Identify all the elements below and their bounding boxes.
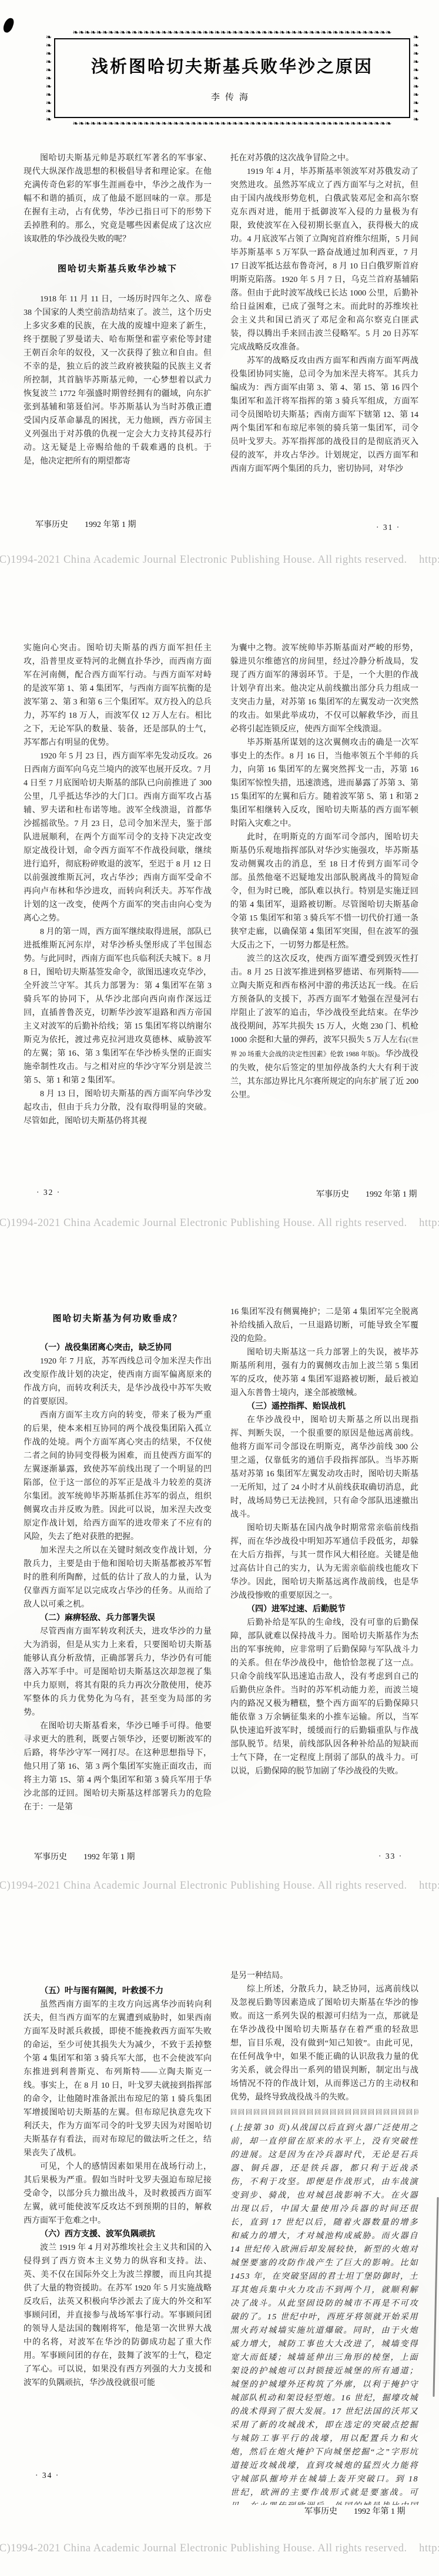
paragraph-continuation: 托在对苏俄的这次战争冒险之中。 [230,152,418,165]
paragraph: 在图哈切夫斯基看来，华沙已唾手可得。他要寻求更大的胜利，既要占领华沙，还要切断波… [24,1719,212,1814]
subsection-heading: （四）进军过速、后勤脱节 [230,1603,418,1616]
section-heading: 图哈切夫斯基兵败华沙城下 [24,263,212,276]
paragraph-continuation: 16 集团军没有侧翼掩护；二是第 4 集团军完全脱离补给线插入敌后，一旦退路切断… [230,1305,418,1346]
ornamental-border-right: ❧❧❧❧❧❧❧❧❧❧❧❧ [411,33,420,123]
paragraph: 图哈切夫斯基在国内战争时期常常亲临前线指挥，而在华沙战役中明知苏军通信手段低劣，… [230,1522,418,1603]
subsection-heading: （一）战役集团离心突击，缺乏协同 [24,1341,212,1355]
paragraph: 图哈切夫斯基元帅是苏联红军著名的军事家、现代大纵深作战思想的积极倡导者和理论家。… [24,152,212,246]
paragraph: 1920 年 5 月 23 日，西方面军率先发动反攻。26 日西南方面军向乌克兰… [24,750,212,925]
page-number: · 31 · [376,523,400,532]
title-box-inner-frame: 浅析图哈切夫斯基兵败华沙之原因 李传海 [54,38,410,118]
subsection-heading: （六）西方支援、波军负隅顽抗 [24,2228,212,2241]
watermark: (C)1994-2021 China Academic Journal Elec… [0,1217,439,1235]
paragraph: 苏军的战略反攻由西方面军和西南方面军两战役集团协同实施，总司令为加米涅夫将军。其… [230,354,418,476]
paragraph-continuation: 是另一种结局。 [230,1969,418,1983]
watermark: (C)1994-2021 China Academic Journal Elec… [0,1880,439,1897]
article-separator-ornament: 回回回回回回回回回回回回回回回回回回回回回回回回回回回 [230,2108,418,2117]
scan-ink-blob [2,16,15,33]
page-number: · 32 · [36,1188,61,1197]
paragraph: 尽管西南方面军转攻利沃夫，进攻华沙的力量大为消弱，但是从实力上来看，只要图哈切夫… [24,1625,212,1719]
paragraph: 后勤补给是军队的生命线，没有可靠的后勤保障，部队就难以保持战斗力。图哈切夫斯基作… [230,1616,418,1778]
page-number: · 33 · [378,1852,403,1861]
paragraph: 波兰 1919 年 4 月对苏维埃社会主义共和国的入侵得到了西方资本主义势力的纵… [24,2241,212,2390]
title-box: ❧❧❧❧❧❧❧❧❧❧❧❧❧❧❧❧❧❧❧❧❧❧❧❧❧❧❧❧❧❧❧❧❧❧❧❧❧❧❧❧… [44,28,420,128]
subsection-heading: （二）麻痹轻敌、兵力部署失误 [24,1611,212,1625]
page2-right-column: 为囊中之物。波军统帅毕苏斯基面对严峻的形势，躲进贝尔维德宫的房间里，经过冷静分析… [230,642,418,1185]
watermark: (C)1994-2021 China Academic Journal Elec… [0,554,439,572]
scan-edge-streak [433,2197,438,2397]
paragraph: 加米涅夫之所以在关键时刻改变作战计划，分散兵力，主要是由于他和图哈切夫斯基都被苏… [24,1544,212,1611]
page-number: · 34 · [35,2471,59,2480]
paragraph: 1920 年 7 月底，苏军西线总司令加米涅夫作出改变原作战计划的决定，使西南方… [24,1355,212,1409]
paragraph: 西南方面军主攻方向的转变，带来了极为严重的后果，使本来相互协同的两个战役集团陷入… [24,1409,212,1544]
article-author: 李传海 [211,90,253,103]
journal-footer: 军事历史 1992 年第 1 期 [35,518,136,530]
paragraph: 波兰的这次反攻，使西方面军遭受到毁灭性打击。8 月 25 日波军推进到格罗德诺、… [230,952,418,1102]
paragraph: 8 月的第一周，西方面军继续取得进展，部队已进抵维斯瓦河东岸，对华沙桥头堡形成了… [24,925,212,1087]
page4-right-column: 是另一种结局。 综上所述，分散兵力，缺乏协同，远离前线以及忽视后勤等因素造成了图… [230,1969,418,2505]
paragraph: 综上所述，分散兵力，缺乏协同，远离前线以及忽视后勤等因素造成了图哈切夫斯基在华沙… [230,1983,418,2104]
journal-footer: 军事历史 1992 年第 1 期 [34,1850,135,1862]
paragraph: 毕苏斯基所谋划的这次翼侧攻击的确是一次军事史上的杰作。8 月 16 日，当他率领… [230,736,418,831]
journal-footer: 军事历史 1992 年第 1 期 [316,1188,417,1200]
page2-left-column: 实施向心突击。图哈切夫斯基的西方面军担任主攻，沿普里皮亚特河的北侧直扑华沙，而西… [24,642,212,1185]
subsection-heading: （五）叶与图有隔阂，叶救援不力 [24,1984,212,1998]
page1-right-column: 托在对苏俄的这次战争冒险之中。 1919 年 4 月，毕苏斯基率领波军对苏俄发动… [230,152,418,530]
paragraph-continuation: 为囊中之物。波军统帅毕苏斯基面对严峻的形势，躲进贝尔维德宫的房间里，经过冷静分析… [230,642,418,736]
paragraph: 图哈切夫斯基这一兵力部署上的失误，被毕苏斯基所利用，强有力的翼侧攻击加上波兰第 … [230,1346,418,1400]
page4-left-column: （五）叶与图有隔阂，叶救援不力 虽然西南方面军的主攻方向远离华沙而转向利沃夫，但… [24,1969,212,2468]
paragraph: 虽然西南方面军的主攻方向远离华沙而转向利沃夫，但当西方面军的左翼遭到威胁时，如果… [24,1998,212,2160]
subsection-heading: （三）遥控指挥、贻误战机 [230,1400,418,1413]
scanned-journal-page: { "watermark": { "text": "(C)1994-2021 C… [0,0,439,2576]
journal-footer: 军事历史 1992 年第 1 期 [304,2505,406,2517]
paragraph: 可见，个人的感情因素如果用在战场行动上，其后果极为严重。假如当时叶戈罗夫强迫布琼… [24,2160,212,2228]
continued-article-text: (上接第 30 页)从战国以后直到火器广泛使用之前，却一直停留在原来的水平上，没… [230,2121,418,2505]
page3-left-column: 图哈切夫斯基为何功败垂成？ （一）战役集团离心突击，缺乏协同 1920 年 7 … [24,1305,212,1849]
watermark: (C)1994-2021 China Academic Journal Elec… [0,2543,439,2560]
paragraph: 1918 年 11 月 11 日，一场历时四年之久、席卷 38 个国家的人类空前… [24,293,212,468]
page3-right-column: 16 集团军没有侧翼掩护；二是第 4 集团军完全脱离补给线插入敌后，一旦退路切断… [230,1305,418,1849]
article-title: 浅析图哈切夫斯基兵败华沙之原因 [91,53,373,78]
ornamental-border-bottom: ❧❧❧❧❧❧❧❧❧❧❧❧❧❧❧❧❧❧❧❧❧❧❧❧❧❧❧❧❧❧❧❧❧❧❧❧❧❧❧❧… [49,119,415,128]
paragraph: 此时，在明斯克的方面军司令部内，图哈切夫斯基仍乐观地指挥部队对华沙实施强攻，毕苏… [230,831,418,952]
paragraph-continuation: 实施向心突击。图哈切夫斯基的西方面军担任主攻，沿普里皮亚特河的北侧直扑华沙，而西… [24,642,212,750]
ornamental-border-top: ❧❧❧❧❧❧❧❧❧❧❧❧❧❧❧❧❧❧❧❧❧❧❧❧❧❧❧❧❧❧❧❧❧❧❧❧❧❧❧❧… [49,28,415,37]
paragraph: 8 月 13 日，图哈切夫斯基的西方面军向华沙发起攻击，但由于兵力分散，没有取得… [24,1087,212,1128]
ornamental-border-left: ❧❧❧❧❧❧❧❧❧❧❧❧ [44,33,53,123]
paragraph: 在华沙战役中，图哈切夫斯基之所以出现指挥、判断失误，一个很重要的原因是他远离前线… [230,1413,418,1522]
paragraph: 1919 年 4 月，毕苏斯基率领波军对苏俄发动了突然进攻。虽然苏军成立了西方面… [230,165,418,354]
section-heading: 图哈切夫斯基为何功败垂成？ [24,1312,212,1326]
page1-left-column: 图哈切夫斯基元帅是苏联红军著名的军事家、现代大纵深作战思想的积极倡导者和理论家。… [24,152,212,511]
